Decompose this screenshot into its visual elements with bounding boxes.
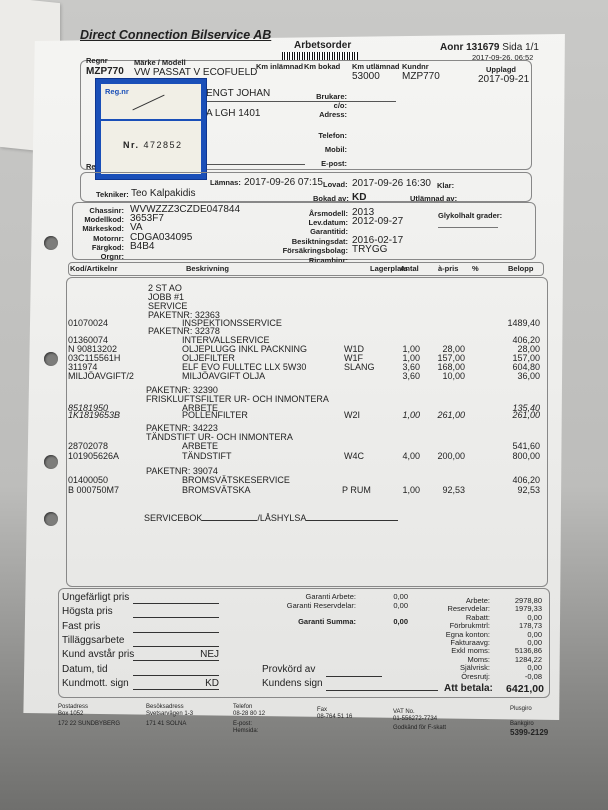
total-value: -0,08 xyxy=(500,672,542,681)
markeskod-label: Märkeskod: xyxy=(70,224,124,233)
item-amount: 541,60 xyxy=(490,441,540,451)
order-number: Aonr 131679 Sida 1/1 xyxy=(440,42,539,53)
tekniker-label: Tekniker: xyxy=(96,190,129,199)
fargkod-value: B4B4 xyxy=(130,241,154,252)
provkord-line xyxy=(326,676,382,677)
adress-label: Adress: xyxy=(280,110,347,119)
kundens-sign-label: Kundens sign xyxy=(262,678,323,689)
customer-name: ENGT JOHAN xyxy=(206,88,270,99)
pricing-label: Kund avstår pris xyxy=(62,649,134,660)
warranty-label: Garanti Arbete: xyxy=(260,592,356,601)
item-code: 01070024 xyxy=(68,318,108,328)
customer-address: A LGH 1401 xyxy=(206,108,260,119)
pricing-value xyxy=(133,592,219,604)
att-betala-value: 6421,00 xyxy=(490,683,544,695)
warranty-value: 0,00 xyxy=(380,592,408,601)
lamnas-label: Lämnas: xyxy=(210,178,241,187)
item-quantity: 1,00 xyxy=(390,410,420,420)
punch-hole xyxy=(44,512,58,526)
epost-label: E-post: xyxy=(280,159,347,168)
item-code: 28702078 xyxy=(68,441,108,451)
pricing-label: Fast pris xyxy=(62,621,100,632)
fargkod-label: Färgkod: xyxy=(70,243,124,252)
punch-hole xyxy=(44,236,58,250)
orgnr-label: Orgnr: xyxy=(70,252,124,261)
lamnas-value: 2017-09-26 07:15 xyxy=(244,177,323,188)
item-code: MILJÖAVGIFT/2 xyxy=(68,371,134,381)
aonr-value: 131679 xyxy=(466,42,499,53)
item-location: W4C xyxy=(344,451,364,461)
item-amount: 800,00 xyxy=(490,451,540,461)
pricing-value: NEJ xyxy=(133,649,219,661)
item-amount: 92,53 xyxy=(490,485,540,495)
column-header: % xyxy=(472,264,479,273)
item-code: 101905626A xyxy=(68,451,119,461)
regnr-label: Regnr xyxy=(86,56,108,65)
warranty-value: 0,00 xyxy=(380,601,408,610)
pricing-label: Tilläggsarbete xyxy=(62,635,124,646)
footer-plusgiro: Plusgiro xyxy=(510,706,532,713)
att-betala-label: Att betala: xyxy=(444,683,493,694)
item-description: BROMSVÄTSKESERVICE xyxy=(182,475,290,485)
model-label: Märke / Modell xyxy=(134,58,186,67)
pricing-label: Ungefärligt pris xyxy=(62,592,129,603)
modellkod-label: Modellkod: xyxy=(70,215,124,224)
page-indicator: Sida 1/1 xyxy=(502,42,539,53)
item-description: TÄNDSTIFT xyxy=(182,451,232,461)
footer-bankgiro: Bankgiro 5399-2129 xyxy=(510,721,548,737)
model-value: VW PASSAT V ECOFUELD xyxy=(134,67,257,78)
levdatum-label: Lev.datum: xyxy=(270,218,348,227)
item-location: W2I xyxy=(344,410,360,420)
km-booked-label: Km bokad xyxy=(304,62,340,71)
item-location: SLANG xyxy=(344,362,375,372)
item-unit-price: 261,00 xyxy=(425,410,465,420)
pricing-label: Högsta pris xyxy=(62,606,113,617)
punch-hole xyxy=(44,455,58,469)
item-code: 01400050 xyxy=(68,475,108,485)
item-description: POLLENFILTER xyxy=(182,410,248,420)
pricing-label: Datum, tid xyxy=(62,664,108,675)
footer-fax: Fax 08-764 51 16 xyxy=(317,707,352,721)
item-location: P RUM xyxy=(342,485,371,495)
sticker-label: Reg.nr xyxy=(105,87,129,96)
telefon-label: Telefon: xyxy=(280,131,347,140)
pen-mark xyxy=(132,95,164,111)
item-description: MILJÖAVGIFT OLJA xyxy=(182,371,265,381)
lovad-label: Lovad: xyxy=(323,180,348,189)
kundens-sign-line xyxy=(326,690,438,691)
sticker-number: Nr. 472852 xyxy=(123,140,183,150)
besiktning-label: Besiktningsdat: xyxy=(270,237,348,246)
item-quantity: 4,00 xyxy=(390,451,420,461)
klar-label: Klar: xyxy=(437,181,454,190)
column-header: Belopp xyxy=(508,264,533,273)
kundnr-value: MZP770 xyxy=(402,71,440,82)
footer-besoksadress: Besöksadress Svetsarvägen 1-3 171 41 SOL… xyxy=(146,704,193,728)
column-header: Antal xyxy=(400,264,419,273)
pricing-value xyxy=(133,635,219,647)
item-description: TÄNDSTIFT UR- OCH INMONTERA xyxy=(146,432,293,442)
lovad-value: 2017-09-26 16:30 xyxy=(352,178,431,189)
item-amount: 36,00 xyxy=(490,371,540,381)
table-body-box xyxy=(66,277,548,587)
pricing-value: KD xyxy=(133,678,219,690)
forsakring-value: TRYGG xyxy=(352,244,387,255)
warranty-label: Garanti Summa: xyxy=(260,617,356,626)
pricing-label: Kundmott. sign xyxy=(62,678,129,689)
punch-hole xyxy=(44,352,58,366)
km-out-value: 53000 xyxy=(352,71,380,82)
item-quantity: 3,60 xyxy=(390,371,420,381)
column-header: Beskrivning xyxy=(186,264,229,273)
brukare-label: Brukare: xyxy=(280,92,347,101)
item-unit-price: 200,00 xyxy=(425,451,465,461)
footer-postadress: Postadress Box 1052 172 22 SUNDBYBERG xyxy=(58,704,120,728)
item-amount: 1489,40 xyxy=(490,318,540,328)
item-quantity: 1,00 xyxy=(390,485,420,495)
co-label: c/o: xyxy=(280,101,347,110)
pricing-value xyxy=(133,621,219,633)
item-description: ARBETE xyxy=(182,441,218,451)
total-label: Öresrutj: xyxy=(440,672,490,681)
glykol-label: Glykolhalt grader: xyxy=(438,211,502,220)
item-amount: 261,00 xyxy=(490,410,540,420)
provkord-label: Provkörd av xyxy=(262,664,315,675)
servicebok-line: SERVICEBOK/LÅSHYLSA xyxy=(144,513,398,523)
upplagd-value: 2017-09-21 xyxy=(478,74,529,85)
pricing-value xyxy=(133,664,219,676)
reg-nr-sticker: Reg.nr Nr. 472852 xyxy=(95,78,207,180)
item-amount: 406,20 xyxy=(490,475,540,485)
forsakring-label: Försäkringsbolag: xyxy=(260,246,348,255)
warranty-value: 0,00 xyxy=(380,617,408,626)
document-title: Arbetsorder xyxy=(294,40,351,51)
company-name: Direct Connection Bilservice AB xyxy=(80,28,271,42)
motornr-label: Motornr: xyxy=(70,234,124,243)
item-code: B 000750M7 xyxy=(68,485,119,495)
mobil-label: Mobil: xyxy=(280,145,347,154)
km-out-label: Km utlämnad xyxy=(352,62,400,71)
regnr-value: MZP770 xyxy=(86,66,124,77)
warranty-label: Garanti Reservdelar: xyxy=(260,601,356,610)
column-header: Kod/Artikelnr xyxy=(70,264,118,273)
item-description: BROMSVÄTSKA xyxy=(182,485,251,495)
pricing-value xyxy=(133,606,219,618)
kundnr-label: Kundnr xyxy=(402,62,429,71)
footer-vat: VAT No. 01-556272-7734 Godkänd för F-ska… xyxy=(393,709,446,732)
column-header: à-pris xyxy=(438,264,458,273)
arsmodell-label: Årsmodell: xyxy=(270,209,348,218)
levdatum-value: 2012-09-27 xyxy=(352,216,403,227)
chassinr-label: Chassinr: xyxy=(70,206,124,215)
item-unit-price: 92,53 xyxy=(425,485,465,495)
footer-telefon: Telefon 08-28 80 12 E-post: Hemsida: xyxy=(233,704,265,735)
tekniker-value: Teo Kalpakidis xyxy=(131,188,195,199)
item-description: FRISKLUFTSFILTER UR- OCH INMONTERA xyxy=(146,394,329,404)
item-unit-price: 10,00 xyxy=(425,371,465,381)
barcode xyxy=(282,52,358,60)
item-code: 1K1819653B xyxy=(68,410,120,420)
km-in-label: Km inlämnad xyxy=(256,62,303,71)
glykol-line xyxy=(438,227,498,228)
garantitid-label: Garantitid: xyxy=(270,227,348,236)
upplagd-label: Upplagd xyxy=(486,65,516,74)
